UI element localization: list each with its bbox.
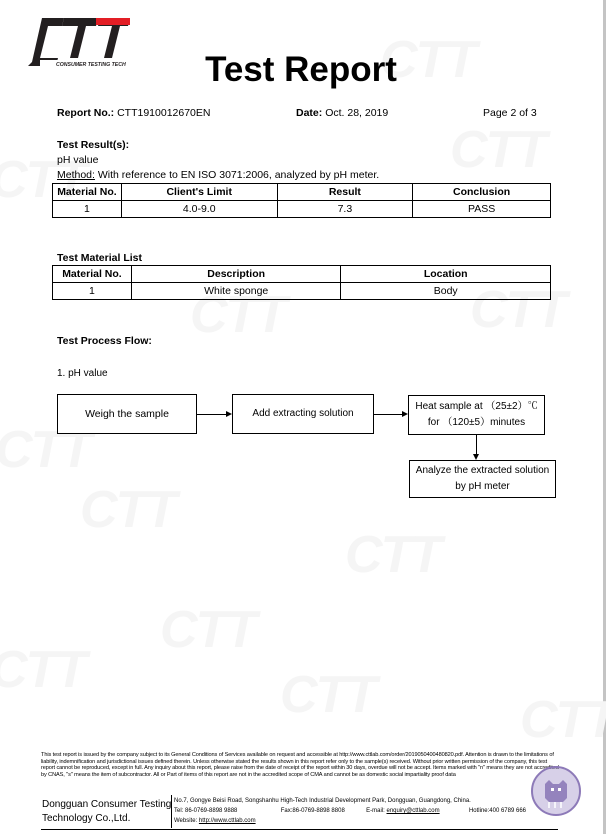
watermark: CTT	[280, 665, 375, 725]
watermark: CTT	[450, 120, 545, 180]
flow-connector	[476, 434, 477, 454]
table-header-row: Material No. Client's Limit Result Concl…	[53, 184, 551, 201]
flow-connector	[373, 414, 402, 415]
table-row: 1 4.0-9.0 7.3 PASS	[53, 201, 551, 218]
footer-rule	[41, 829, 558, 830]
email-link[interactable]: enquiry@cttlab.com	[386, 808, 439, 814]
process-heading: Test Process Flow:	[57, 335, 152, 347]
materials-heading: Test Material List	[57, 252, 142, 264]
materials-table: Material No. Description Location 1 Whit…	[52, 265, 551, 300]
company-phones: Tel: 86-0769-8898 9888 Fax:86-0769-8898 …	[174, 806, 526, 816]
watermark: CTT	[80, 480, 175, 540]
disclaimer-text: This test report is issued by the compan…	[41, 752, 561, 778]
flow-step-extract: Add extracting solution	[232, 394, 374, 434]
results-table: Material No. Client's Limit Result Concl…	[52, 183, 551, 218]
footer-divider	[171, 795, 172, 828]
table-header-row: Material No. Description Location	[53, 266, 551, 283]
report-number: Report No.: CTT1910012670EN	[57, 107, 211, 119]
flow-connector	[196, 414, 226, 415]
watermark: CTT	[520, 690, 606, 750]
watermark: CTT	[160, 600, 255, 660]
website-link[interactable]: http://www.cttlab.com	[199, 818, 256, 824]
watermark: CTT	[0, 640, 85, 700]
process-item: 1. pH value	[57, 368, 108, 379]
table-row: 1 White sponge Body	[53, 283, 551, 300]
results-item: pH value	[57, 154, 98, 166]
company-website: Website: http://www.cttlab.com	[174, 816, 526, 826]
flow-step-heat: Heat sample at （25±2）℃ for （120±5）minute…	[408, 395, 545, 435]
flow-step-weigh: Weigh the sample	[57, 394, 197, 434]
company-contact: No.7, Gongye Beisi Road, Songshanhu High…	[174, 796, 526, 826]
results-heading: Test Result(s):	[57, 139, 129, 151]
official-seal-icon	[531, 766, 581, 816]
page-number: Page 2 of 3	[483, 107, 537, 119]
company-name: Dongguan Consumer Testing Technology Co.…	[42, 798, 171, 826]
watermark: CTT	[345, 525, 440, 585]
flow-step-analyze: Analyze the extracted solution by pH met…	[409, 460, 556, 498]
company-address: No.7, Gongye Beisi Road, Songshanhu High…	[174, 796, 526, 806]
method-text: Method: With reference to EN ISO 3071:20…	[57, 169, 379, 181]
page-title: Test Report	[0, 50, 606, 90]
report-date: Date: Oct. 28, 2019	[296, 107, 388, 119]
